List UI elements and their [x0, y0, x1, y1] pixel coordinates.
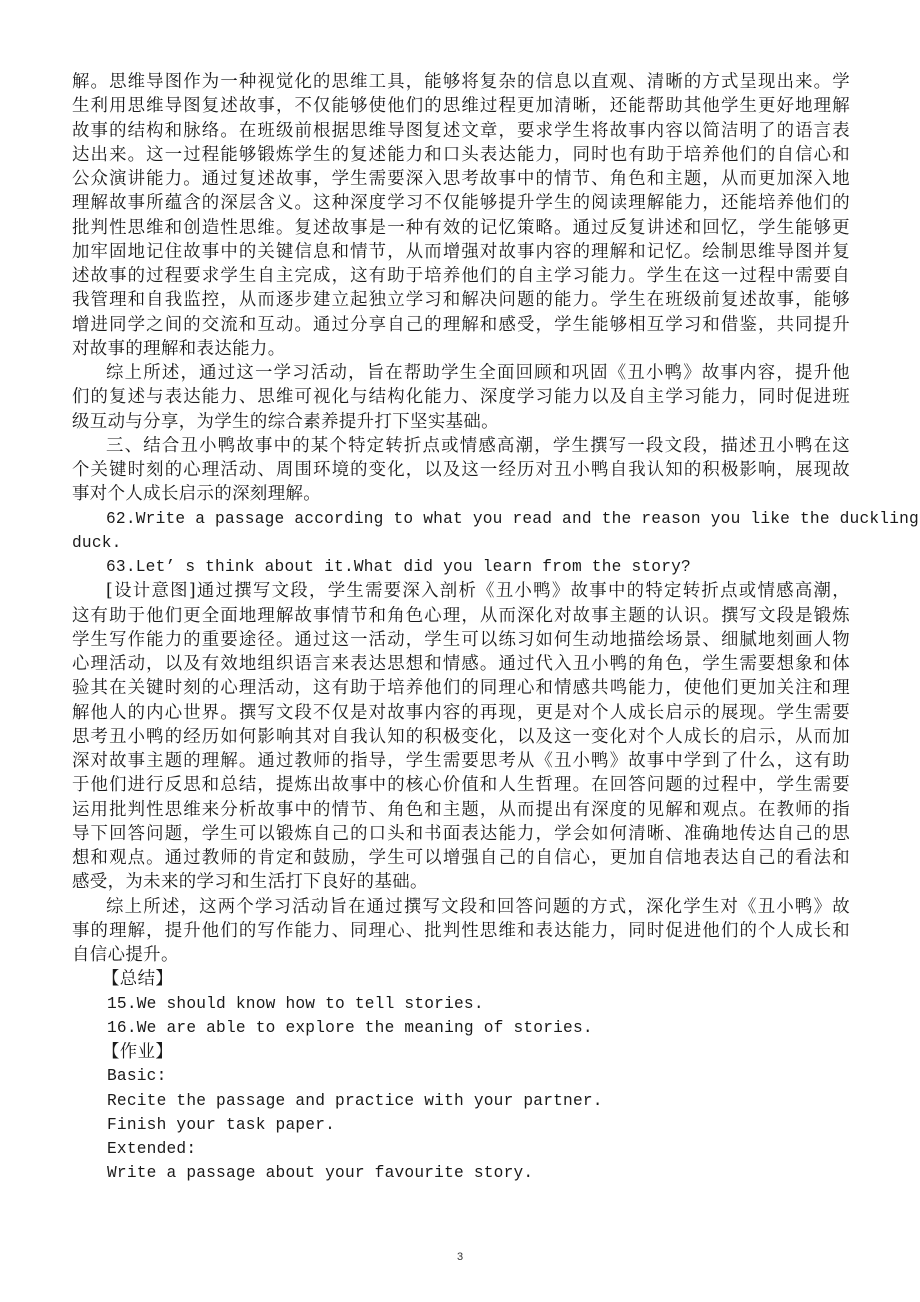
summary-item: 16.We are able to explore the meaning of… [72, 1016, 850, 1040]
text-line: 述故事的过程要求学生自主完成，这有助于培养他们的自主学习能力。学生在这一过程中需… [72, 264, 850, 288]
text-line: 公众演讲能力。通过复述故事，学生需要深入思考故事中的情节、角色和主题，从而更加深… [72, 167, 850, 191]
text-line: 于他们进行反思和总结，提炼出故事中的核心价值和人生哲理。在回答问题的过程中，学生… [72, 773, 850, 797]
text-line: 导下回答问题，学生可以锻炼自己的口头和书面表达能力，学会如何清晰、准确地传达自己… [72, 822, 850, 846]
text-line: 自信心提升。 [72, 943, 850, 967]
homework-item: Finish your task paper. [72, 1113, 850, 1137]
text-line: 验其在关键时刻的心理活动，这有助于培养他们的同理心和情感共鸣能力，使他们更加关注… [72, 676, 850, 700]
text-line: 思考丑小鸭的经历如何影响其对自我认知的积极变化，以及这一变化对个人成长的启示，从… [72, 725, 850, 749]
section-heading-summary: 【总结】 [72, 967, 850, 991]
text-line: 生利用思维导图复述故事，不仅能够使他们的思维过程更加清晰，还能帮助其他学生更好地… [72, 94, 850, 118]
text-line: 们的复述与表达能力、思维可视化与结构化能力、深度学习能力以及自主学习能力，同时促… [72, 385, 850, 409]
summary-section: 【总结】 15.We should know how to tell stori… [72, 967, 850, 1040]
text-line: 我管理和自我监控，从而逐步建立起独立学习和解决问题的能力。学生在班级前复述故事，… [72, 288, 850, 312]
text-line: 故事的结构和脉络。在班级前根据思维导图复述文章，要求学生将故事内容以简洁明了的语… [72, 119, 850, 143]
text-line: 学生写作能力的重要途径。通过这一活动，学生可以练习如何生动地描绘场景、细腻地刻画… [72, 628, 850, 652]
text-line: 增进同学之间的交流和互动。通过分享自己的理解和感受，学生能够相互学习和借鉴，共同… [72, 313, 850, 337]
text-line: 心理活动，以及有效地组织语言来表达思想和情感。通过代入丑小鸭的角色，学生需要想象… [72, 652, 850, 676]
summary-item: 15.We should know how to tell stories. [72, 992, 850, 1016]
section-heading-homework: 【作业】 [72, 1040, 850, 1064]
text-line: 对故事的理解和表达能力。 [72, 337, 850, 361]
document-page: 解。思维导图作为一种视觉化的思维工具，能够将复杂的信息以直观、清晰的方式呈现出来… [72, 70, 850, 1186]
text-line: 三、结合丑小鸭故事中的某个特定转折点或情感高潮，学生撰写一段文段，描述丑小鸭在这 [72, 434, 850, 458]
text-line: 这有助于他们更全面地理解故事情节和角色心理，从而深化对故事主题的认识。撰写文段是… [72, 604, 850, 628]
paragraph-summary-activity: 综上所述，通过这一学习活动，旨在帮助学生全面回顾和巩固《丑小鸭》故事内容，提升他… [72, 361, 850, 434]
text-line: 解他人的内心世界。撰写文段不仅是对故事内容的再现，更是对个人成长启示的展现。学生… [72, 701, 850, 725]
text-line: 运用批判性思维来分析故事中的情节、角色和主题，从而提出有深度的见解和观点。在教师… [72, 798, 850, 822]
paragraph-activity-three: 三、结合丑小鸭故事中的某个特定转折点或情感高潮，学生撰写一段文段，描述丑小鸭在这… [72, 434, 850, 507]
text-line: 加牢固地记住故事中的关键信息和情节，从而增强对故事内容的理解和记忆。绘制思维导图… [72, 240, 850, 264]
text-line: 批判性思维和创造性思维。复述故事是一种有效的记忆策略。通过反复讲述和回忆，学生能… [72, 216, 850, 240]
page-number: 3 [0, 1251, 920, 1263]
text-line: 感受，为未来的学习和生活打下良好的基础。 [72, 870, 850, 894]
paragraph-conclusion: 综上所述，这两个学习活动旨在通过撰写文段和回答问题的方式，深化学生对《丑小鸭》故… [72, 895, 850, 968]
text-line: 想和观点。通过教师的肯定和鼓励，学生可以增强自己的自信心，更加自信地表达自己的看… [72, 846, 850, 870]
text-line: duck. [72, 531, 850, 555]
text-line: 个关键时刻的心理活动、周围环境的变化，以及这一经历对丑小鸭自我认知的积极影响，展… [72, 458, 850, 482]
homework-item: Recite the passage and practice with you… [72, 1089, 850, 1113]
text-line: 级互动与分享，为学生的综合素养提升打下坚实基础。 [72, 410, 850, 434]
question-62: 62.Write a passage according to what you… [72, 507, 850, 556]
text-line: 深对故事主题的理解。通过教师的指导，学生需要思考从《丑小鸭》故事中学到了什么，这… [72, 749, 850, 773]
homework-extended-label: Extended: [72, 1137, 850, 1161]
text-line: 解。思维导图作为一种视觉化的思维工具，能够将复杂的信息以直观、清晰的方式呈现出来… [72, 70, 850, 94]
text-line: 达出来。这一过程能够锻炼学生的复述能力和口头表达能力，同时也有助于培养他们的自信… [72, 143, 850, 167]
text-line: [设计意图]通过撰写文段，学生需要深入剖析《丑小鸭》故事中的特定转折点或情感高潮… [72, 579, 850, 603]
text-line: 62.Write a passage according to what you… [72, 507, 850, 531]
paragraph-design-intent: [设计意图]通过撰写文段，学生需要深入剖析《丑小鸭》故事中的特定转折点或情感高潮… [72, 579, 850, 894]
text-line: 综上所述，通过这一学习活动，旨在帮助学生全面回顾和巩固《丑小鸭》故事内容，提升他 [72, 361, 850, 385]
text-line: 综上所述，这两个学习活动旨在通过撰写文段和回答问题的方式，深化学生对《丑小鸭》故 [72, 895, 850, 919]
homework-item: Write a passage about your favourite sto… [72, 1161, 850, 1185]
text-line: 事的理解，提升他们的写作能力、同理心、批判性思维和表达能力，同时促进他们的个人成… [72, 919, 850, 943]
question-63: 63.Let’ s think about it.What did you le… [72, 555, 850, 579]
text-line: 理解故事所蕴含的深层含义。这种深度学习不仅能够提升学生的阅读理解能力，还能培养他… [72, 191, 850, 215]
paragraph-retelling-benefits: 解。思维导图作为一种视觉化的思维工具，能够将复杂的信息以直观、清晰的方式呈现出来… [72, 70, 850, 361]
homework-basic-label: Basic: [72, 1064, 850, 1088]
text-line: 事对个人成长启示的深刻理解。 [72, 482, 850, 506]
homework-section: 【作业】 Basic: Recite the passage and pract… [72, 1040, 850, 1186]
